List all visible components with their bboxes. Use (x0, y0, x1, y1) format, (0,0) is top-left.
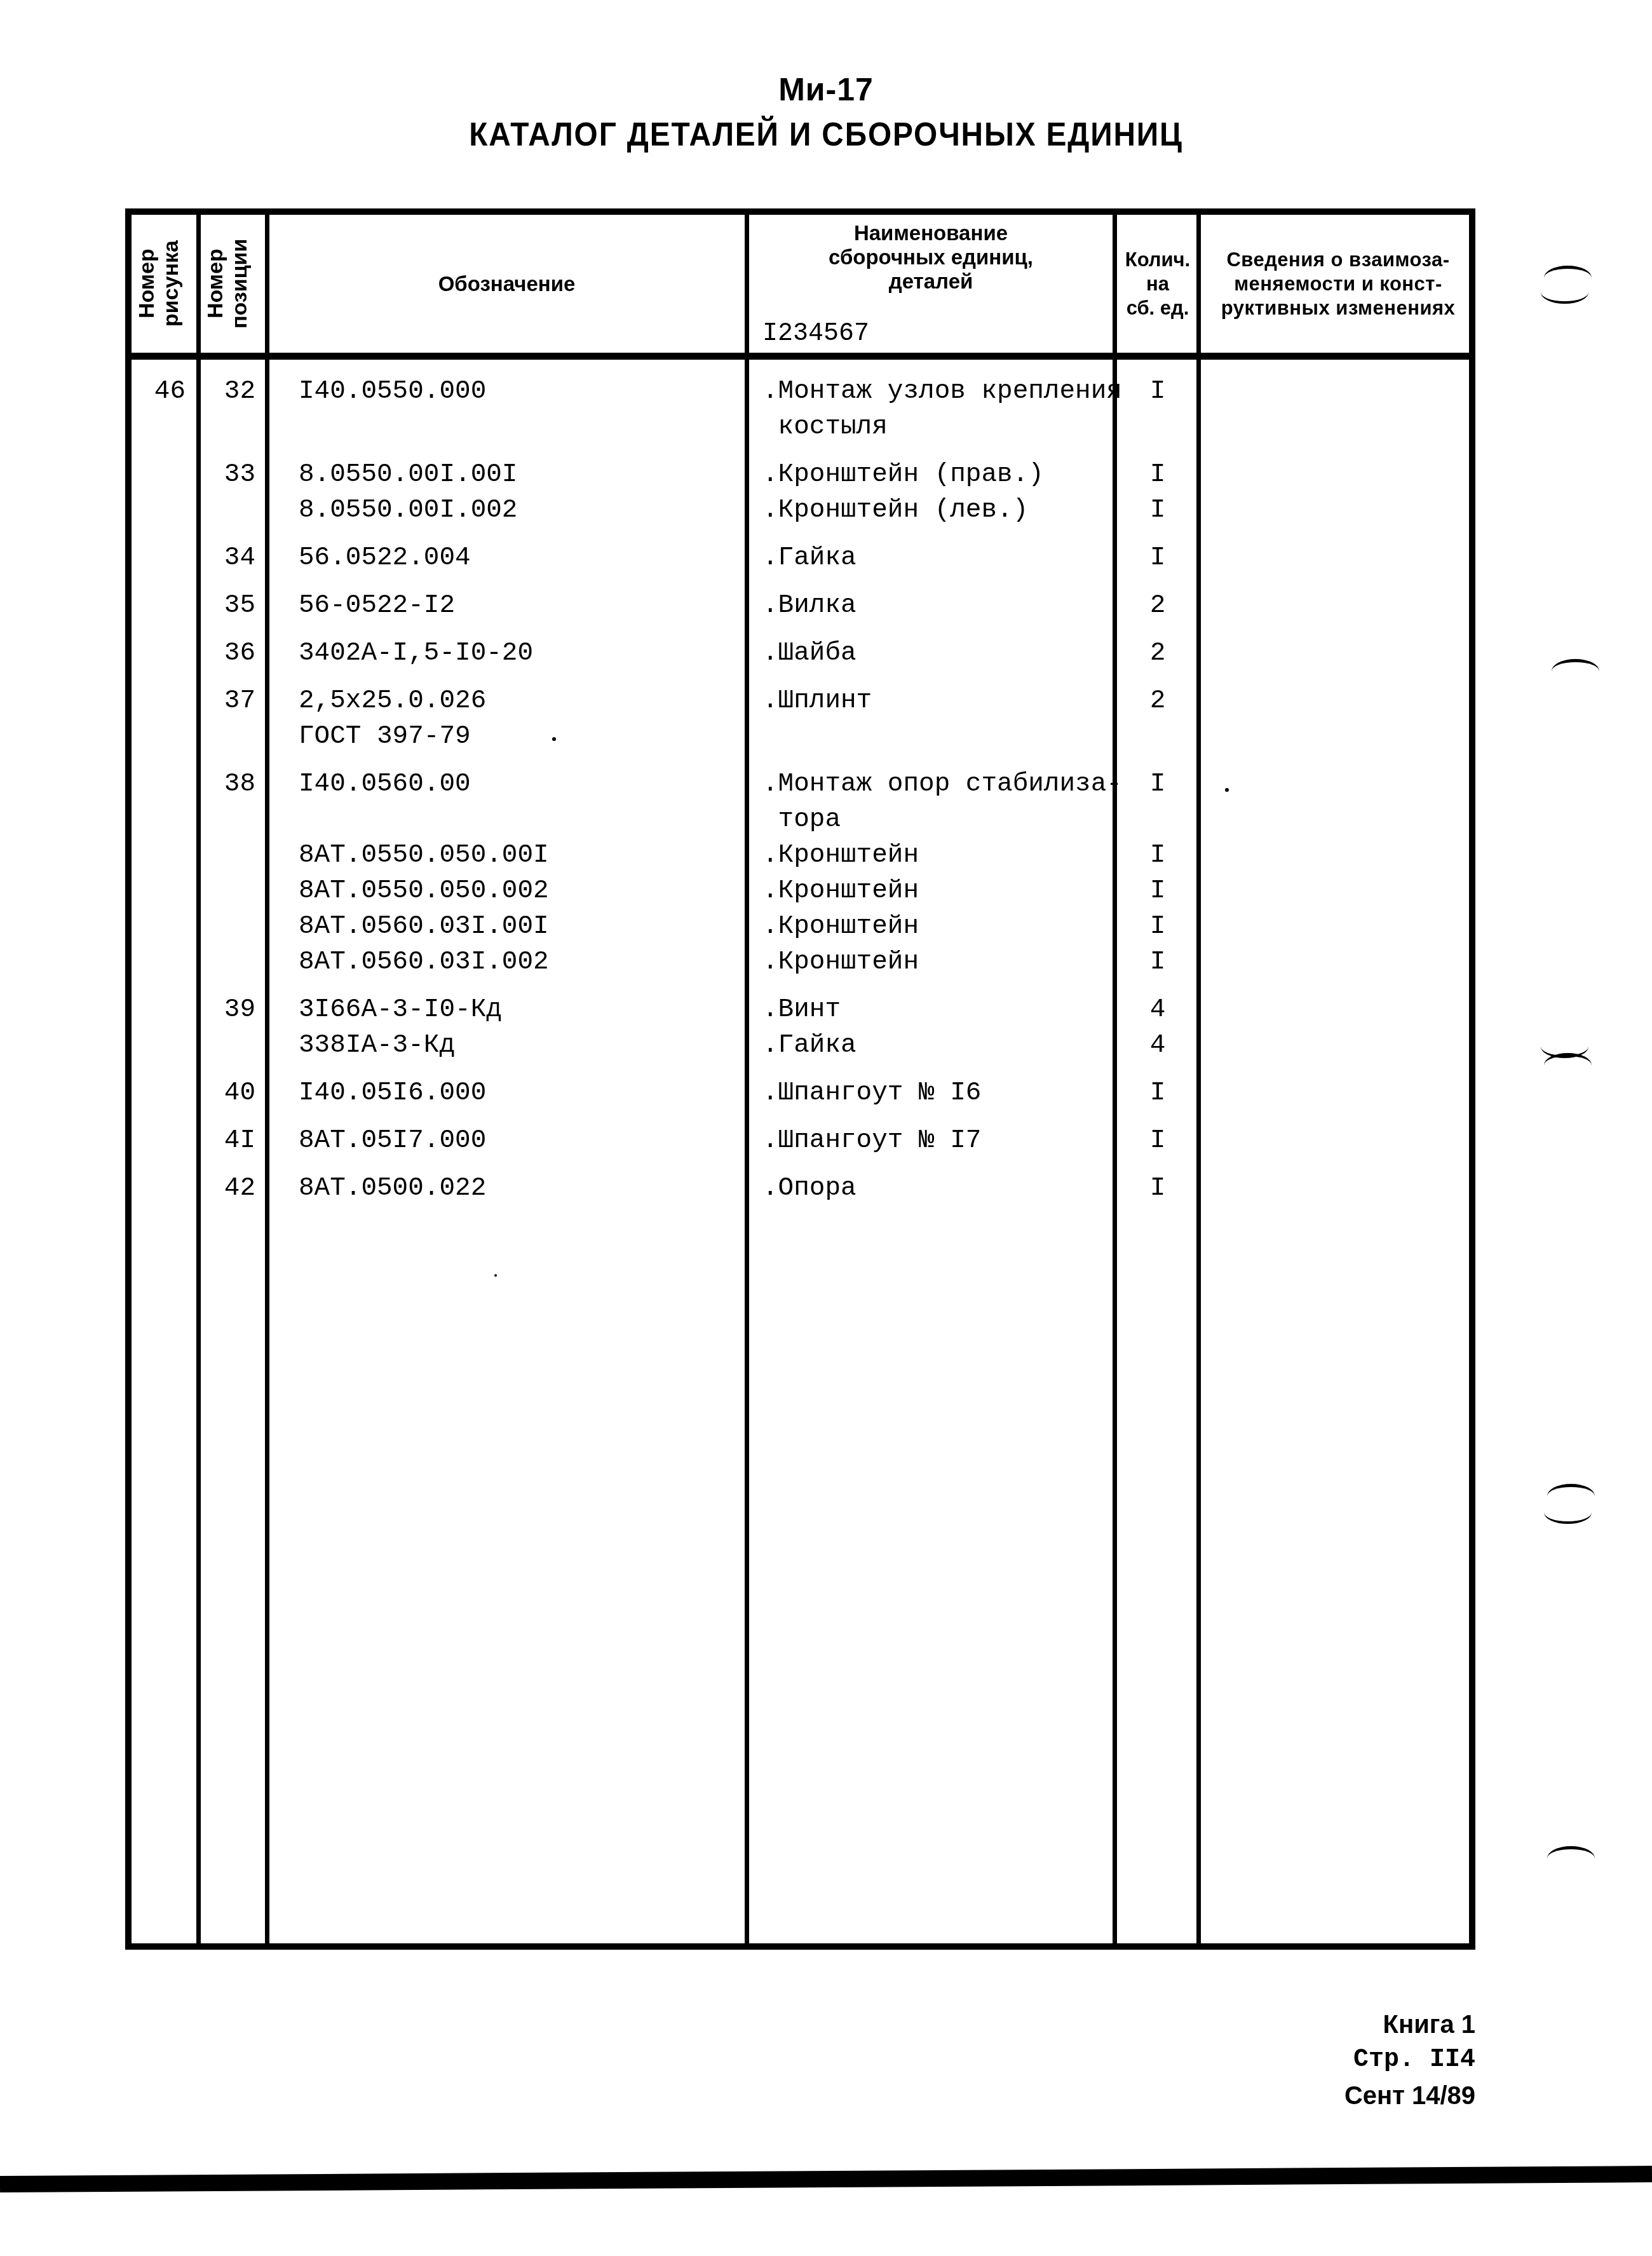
position-number: 38 (205, 766, 255, 802)
part-name: .Гайка (762, 1028, 856, 1063)
position-number: 33 (205, 457, 255, 493)
column-divider (196, 210, 201, 1948)
quantity: 2 (1117, 588, 1198, 623)
quantity: I (1117, 909, 1198, 944)
column-divider (1113, 210, 1117, 1948)
position-number: 34 (205, 540, 255, 576)
page-bottom-rule (0, 2166, 1652, 2192)
quantity: I (1117, 873, 1198, 909)
page-number: Стр. II4 (1344, 2042, 1475, 2078)
part-name: .Кронштейн (762, 873, 919, 909)
binder-hole-mark (1547, 1846, 1595, 1858)
quantity: 4 (1117, 1028, 1198, 1063)
quantity: I (1117, 1171, 1198, 1206)
position-number: 37 (205, 683, 255, 719)
part-name: костыля (762, 409, 888, 445)
header-divider (125, 353, 1475, 360)
quantity: I (1117, 374, 1198, 409)
book-label: Книга 1 (1344, 2007, 1475, 2042)
part-name: .Винт (762, 992, 841, 1028)
designation: 8.0550.00I.00I (299, 457, 517, 493)
scan-speck (494, 1274, 497, 1277)
position-number: 42 (205, 1171, 255, 1206)
designation: I40.0550.000 (299, 374, 486, 409)
designation: 8AT.05I7.000 (299, 1123, 486, 1159)
position-number: 32 (205, 374, 255, 409)
part-name: тора (762, 802, 841, 838)
part-name: .Монтаж узлов крепления (762, 374, 1122, 409)
part-name: .Шплинт (762, 683, 872, 719)
quantity: 4 (1117, 992, 1198, 1028)
quantity: 2 (1117, 683, 1198, 719)
scan-speck (552, 737, 556, 741)
designation: 8AT.0550.050.002 (299, 873, 549, 909)
page-footer: Книга 1 Стр. II4 Сент 14/89 (1344, 2007, 1475, 2114)
quantity: I (1117, 1123, 1198, 1159)
part-name: .Кронштейн (762, 944, 919, 980)
binder-hole-mark (1552, 659, 1599, 671)
quantity: I (1117, 540, 1198, 576)
part-name: .Кронштейн (762, 838, 919, 873)
position-number: 35 (205, 588, 255, 623)
designation: 338IA-3-Кд (299, 1028, 455, 1063)
designation: 8AT.0550.050.00I (299, 838, 549, 873)
header-figure-number: Номер рисунка (135, 216, 193, 351)
header-name: Наименование сборочных единиц, деталей (750, 221, 1112, 294)
part-name: .Шпангоут № I7 (762, 1123, 981, 1159)
designation: I40.0560.00 (299, 766, 471, 802)
header-name-index: I234567 (762, 316, 869, 352)
figure-number: 46 (135, 374, 186, 409)
part-name: .Кронштейн (прав.) (762, 457, 1044, 493)
designation: ГОСТ 397-79 (299, 719, 471, 754)
designation: 2,5x25.0.026 (299, 683, 486, 719)
position-number: 4I (205, 1123, 255, 1159)
binder-hole-mark (1541, 292, 1588, 304)
column-divider (265, 210, 269, 1948)
part-name: .Опора (762, 1171, 856, 1206)
quantity: I (1117, 493, 1198, 528)
position-number: 40 (205, 1075, 255, 1111)
header-designation: Обозначение (270, 272, 743, 296)
part-name: .Шпангоут № I6 (762, 1075, 981, 1111)
header-position-number: Номер позиции (203, 216, 262, 351)
quantity: I (1117, 766, 1198, 802)
quantity: I (1117, 1075, 1198, 1111)
revision-date: Сент 14/89 (1344, 2078, 1475, 2114)
quantity: 2 (1117, 635, 1198, 671)
designation: 56-0522-I2 (299, 588, 455, 623)
document-title: Ми-17 (0, 71, 1652, 108)
position-number: 36 (205, 635, 255, 671)
designation: 56.0522.004 (299, 540, 471, 576)
designation: 3402A-I,5-I0-20 (299, 635, 533, 671)
part-name: .Кронштейн (762, 909, 919, 944)
part-name: .Кронштейн (лев.) (762, 493, 1028, 528)
designation: 8AT.0500.022 (299, 1171, 486, 1206)
part-name: .Вилка (762, 588, 856, 623)
designation: 8.0550.00I.002 (299, 493, 517, 528)
scan-speck (1225, 788, 1229, 792)
designation: 8AT.0560.03I.00I (299, 909, 549, 944)
quantity: I (1117, 838, 1198, 873)
header-quantity: Колич. на сб. ед. (1117, 248, 1198, 320)
part-name: .Шайба (762, 635, 856, 671)
designation: 3I66A-3-I0-Кд (299, 992, 502, 1028)
binder-hole-mark (1544, 1512, 1592, 1524)
position-number: 39 (205, 992, 255, 1028)
part-name: .Гайка (762, 540, 856, 576)
binder-hole-mark (1547, 1484, 1595, 1496)
catalog-subtitle: КАТАЛОГ ДЕТАЛЕЙ И СБОРОЧНЫХ ЕДИНИЦ (66, 116, 1586, 154)
quantity: I (1117, 944, 1198, 980)
part-name: .Монтаж опор стабилиза- (762, 766, 1122, 802)
designation: 8AT.0560.03I.002 (299, 944, 549, 980)
header-remarks: Сведения о взаимоза- меняемости и конст-… (1201, 248, 1475, 320)
column-divider (745, 210, 749, 1948)
designation: I40.05I6.000 (299, 1075, 486, 1111)
quantity: I (1117, 457, 1198, 493)
binder-hole-mark (1544, 266, 1592, 278)
